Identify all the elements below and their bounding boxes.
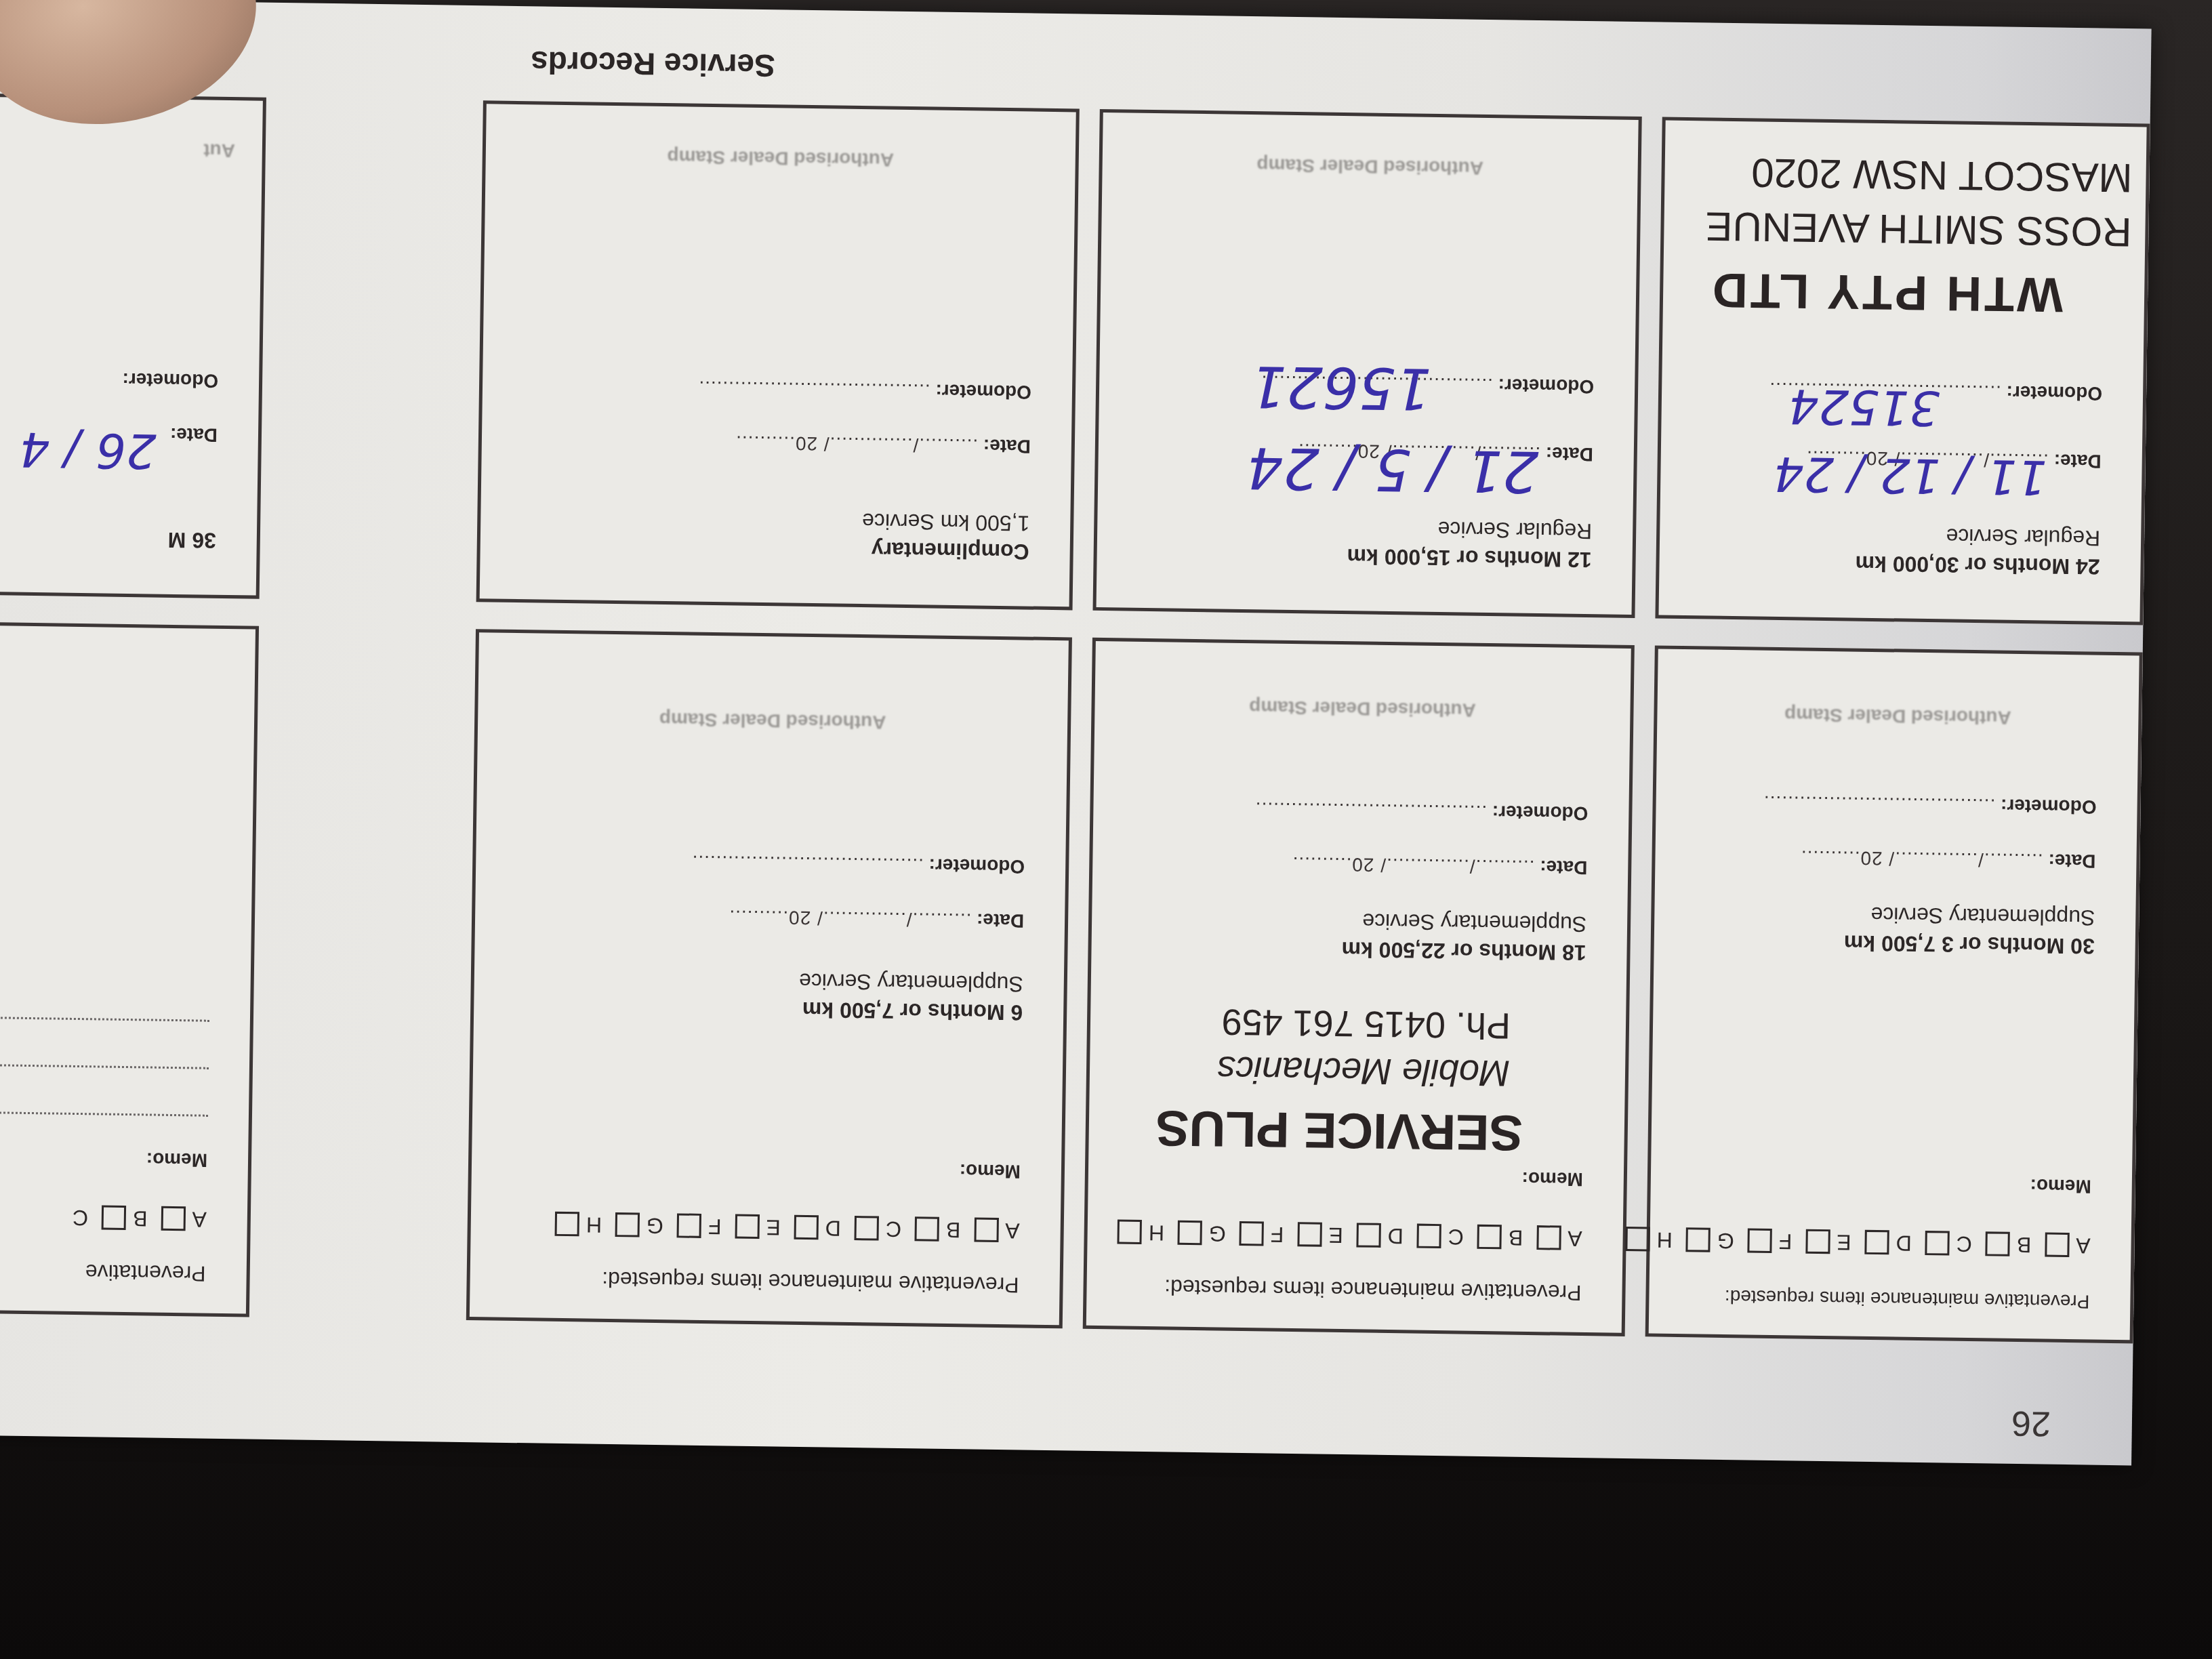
preventative-checkboxes: A B C D E F G H — [548, 1212, 1020, 1244]
dealer-stamp-label: Authorised Dealer Stamp — [1103, 152, 1638, 181]
checkbox-h[interactable] — [1626, 1227, 1650, 1251]
panel-title: 12 Months or 15,000 km — [1347, 543, 1592, 573]
checkbox-e[interactable] — [1805, 1229, 1830, 1254]
panel-subtitle: Supplementary Service — [799, 968, 1023, 997]
dealer-stamp-label: Authorised Dealer Stamp — [1094, 694, 1630, 723]
checkbox-d[interactable] — [794, 1215, 819, 1240]
panel-title: Complimentary — [872, 536, 1029, 565]
service-panel-24-months: 24 Months or 30,000 km Regular Service D… — [1655, 117, 2150, 626]
memo-line — [0, 1015, 209, 1022]
checkbox-h[interactable] — [1118, 1220, 1142, 1244]
checkbox-d[interactable] — [1357, 1223, 1381, 1248]
panel-subtitle: Regular Service — [1946, 523, 2100, 550]
checkbox-c[interactable] — [1417, 1224, 1441, 1248]
checkbox-b[interactable] — [102, 1206, 126, 1230]
date-field[interactable]: Date: ........../............../ 20.....… — [1292, 853, 1587, 878]
checkbox-a[interactable] — [2045, 1233, 2069, 1257]
odometer-field[interactable]: Odometer: ..............................… — [1254, 798, 1588, 824]
panel-title-fragment: 36 M — [167, 527, 216, 554]
service-plus-tagline: Mobile Mechanics — [1216, 1048, 1510, 1094]
checkbox-b[interactable] — [1986, 1232, 2010, 1256]
preventative-label: Preventative maintenance items requested… — [1725, 1286, 2090, 1313]
preventative-checkboxes: A B C D E F G H — [1619, 1227, 2091, 1258]
handwritten-date: 26 / 4 — [19, 422, 157, 479]
panel-subtitle: Supplementary Service — [1362, 908, 1586, 937]
checkbox-d[interactable] — [1864, 1230, 1889, 1254]
checkbox-c[interactable] — [855, 1216, 879, 1241]
service-panel-30-months: Preventative maintenance items requested… — [1645, 645, 2143, 1343]
checkbox-g[interactable] — [1686, 1228, 1711, 1252]
preventative-checkboxes: A B C D E F G H — [1111, 1219, 1582, 1251]
checkbox-f[interactable] — [1240, 1221, 1264, 1246]
checkbox-g[interactable] — [615, 1213, 640, 1237]
checkbox-g[interactable] — [1178, 1221, 1202, 1245]
preventative-checkboxes-fragment: A B C — [73, 1205, 207, 1232]
memo-line — [0, 1063, 209, 1069]
dealer-stamp-label: Authorised Dealer Stamp — [1657, 702, 2138, 731]
service-panel-12-months: 12 Months or 15,000 km Regular Service D… — [1093, 109, 1642, 618]
memo-line — [0, 1110, 208, 1117]
preventative-label: Preventative maintenance items requested… — [1164, 1274, 1582, 1305]
service-plus-phone: Ph. 0415 761 459 — [1221, 1001, 1511, 1047]
date-field[interactable]: Date: ........../............../ 20.....… — [729, 905, 1024, 931]
odometer-field[interactable]: Odometer: ..............................… — [1763, 792, 2097, 818]
checkbox-b[interactable] — [915, 1217, 939, 1242]
handwritten-odometer: 15621 — [1250, 353, 1432, 422]
checkbox-b[interactable] — [1477, 1225, 1502, 1249]
checkbox-h[interactable] — [555, 1212, 579, 1236]
memo-label: Memo: — [1521, 1168, 1583, 1190]
service-plus-name: SERVICE PLUS — [1155, 1099, 1523, 1162]
page-number: 26 — [2011, 1403, 2051, 1444]
checkbox-c[interactable] — [1925, 1231, 1950, 1256]
preventative-label: Preventative maintenance items requested… — [602, 1267, 1019, 1298]
panel-title: 6 Months or 7,500 km — [802, 996, 1023, 1027]
service-panel-6-months: Preventative maintenance items requested… — [466, 629, 1072, 1328]
checkbox-e[interactable] — [1297, 1223, 1322, 1247]
handwritten-date: 21 / 5 / 24 — [1246, 434, 1539, 505]
adjacent-page-panel-top: 36 M Date: 26 / 4 Odometer: Aut — [0, 91, 266, 598]
panel-title: 30 Months or 3 7,500 km — [1844, 929, 2095, 960]
panel-subtitle: 1,500 km Service — [862, 508, 1030, 535]
wth-stamp-street: ROSS SMITH AVENUE — [1705, 203, 2132, 255]
date-field[interactable]: Date: — [170, 424, 218, 446]
page-title: Service Records — [531, 44, 775, 84]
handwritten-date: 11 / 12 / 24 — [1773, 446, 2047, 506]
checkbox-f[interactable] — [677, 1214, 701, 1238]
adjacent-page-panel-bottom: Preventative A B C Memo: — [0, 620, 259, 1317]
memo-label: Memo: — [959, 1160, 1021, 1182]
checkbox-e[interactable] — [735, 1214, 759, 1239]
preventative-fragment: Preventative — [85, 1259, 206, 1286]
memo-label: Memo: — [2030, 1174, 2091, 1197]
date-field[interactable]: Date: ........../............../ 20.....… — [1801, 846, 2096, 872]
odometer-field[interactable]: Odometer: — [122, 369, 218, 392]
panel-subtitle: Regular Service — [1437, 516, 1592, 544]
odometer-field[interactable]: Odometer: ..............................… — [698, 377, 1031, 403]
checkbox-a[interactable] — [974, 1218, 998, 1242]
checkbox-a[interactable] — [161, 1206, 185, 1231]
date-field[interactable]: Date: ........../............../ 20.....… — [735, 431, 1031, 457]
dealer-stamp-label: Authorised Dealer Stamp — [486, 143, 1076, 173]
odometer-field[interactable]: Odometer: ..............................… — [691, 851, 1025, 878]
memo-label: Memo: — [146, 1148, 208, 1170]
dealer-stamp-fragment: Aut — [0, 134, 235, 161]
handwritten-odometer: 31524 — [1788, 378, 1940, 436]
panel-subtitle: Supplementary Service — [1870, 902, 2095, 930]
panel-title: 24 Months or 30,000 km — [1855, 550, 2100, 581]
panel-title: 18 Months or 22,500 km — [1341, 936, 1586, 966]
checkbox-f[interactable] — [1748, 1229, 1772, 1253]
wth-stamp-name: WTH PTY LTD — [1709, 262, 2063, 323]
service-booklet-page: Service Records 26 Complimentary 1,500 k… — [0, 0, 2152, 1465]
checkbox-a[interactable] — [1536, 1226, 1561, 1250]
wth-stamp-suburb: MASCOT NSW 2020 — [1751, 149, 2133, 201]
dealer-stamp-label: Authorised Dealer Stamp — [478, 705, 1067, 735]
service-panel-complimentary: Complimentary 1,500 km Service Date: ...… — [476, 100, 1080, 610]
service-panel-18-months: Preventative maintenance items requested… — [1083, 638, 1635, 1336]
